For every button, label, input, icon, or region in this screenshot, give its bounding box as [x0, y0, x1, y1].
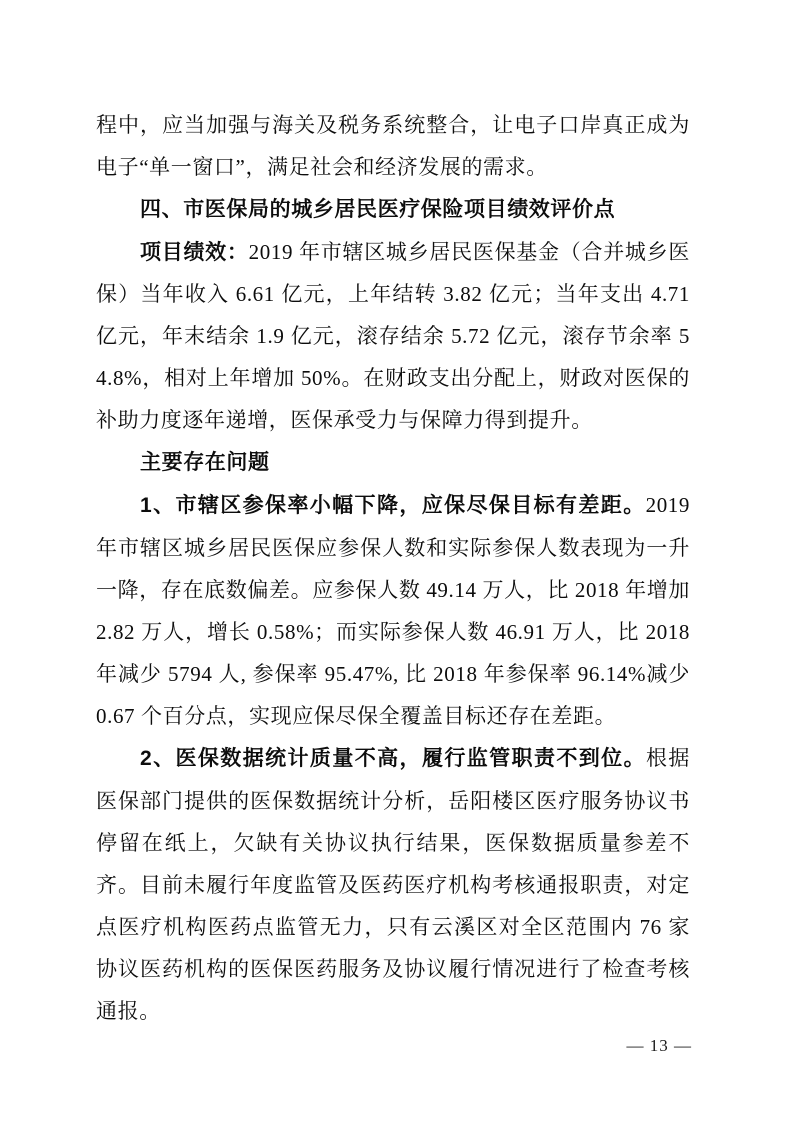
- paragraph-continuation: 程中，应当加强与海关及税务系统整合，让电子口岸真正成为电子“单一窗口”，满足社会…: [96, 104, 690, 188]
- paragraph-problem-2: 2、医保数据统计质量不高，履行监管职责不到位。根据医保部门提供的医保数据统计分析…: [96, 737, 690, 1032]
- document-body: 程中，应当加强与海关及税务系统整合，让电子口岸真正成为电子“单一窗口”，满足社会…: [96, 104, 690, 1032]
- text-run: 2019 年市辖区城乡居民医保应参保人数和实际参保人数表现为一升一降，存在底数偏…: [96, 493, 690, 728]
- text-run: 项目绩效：: [140, 240, 249, 264]
- text-run: 1、市辖区参保率小幅下降，应保尽保目标有差距。: [140, 494, 646, 517]
- page-number: — 13 —: [627, 1034, 693, 1058]
- text-run: 2019 年市辖区城乡居民医保基金（合并城乡医保）当年收入 6.61 亿元，上年…: [96, 240, 690, 432]
- text-run: 四、市医保局的城乡居民医疗保险项目绩效评价点: [140, 198, 615, 221]
- document-page: 程中，应当加强与海关及税务系统整合，让电子口岸真正成为电子“单一窗口”，满足社会…: [0, 0, 793, 1122]
- paragraph-problem-1: 1、市辖区参保率小幅下降，应保尽保目标有差距。2019 年市辖区城乡居民医保应参…: [96, 484, 690, 737]
- paragraph-project-performance: 项目绩效：2019 年市辖区城乡居民医保基金（合并城乡医保）当年收入 6.61 …: [96, 231, 690, 441]
- text-run: 程中，应当加强与海关及税务系统整合，让电子口岸真正成为电子“单一窗口”，满足社会…: [96, 113, 690, 179]
- text-run: 2、医保数据统计质量不高，履行监管职责不到位。: [140, 747, 646, 770]
- text-run: 主要存在问题: [140, 451, 270, 474]
- text-run: 根据医保部门提供的医保数据统计分析，岳阳楼区医疗服务协议书停留在纸上，欠缺有关协…: [96, 746, 690, 1023]
- heading-section-4: 四、市医保局的城乡居民医疗保险项目绩效评价点: [96, 188, 690, 231]
- page-number-label: — 13 —: [627, 1036, 693, 1055]
- heading-main-problems: 主要存在问题: [96, 441, 690, 484]
